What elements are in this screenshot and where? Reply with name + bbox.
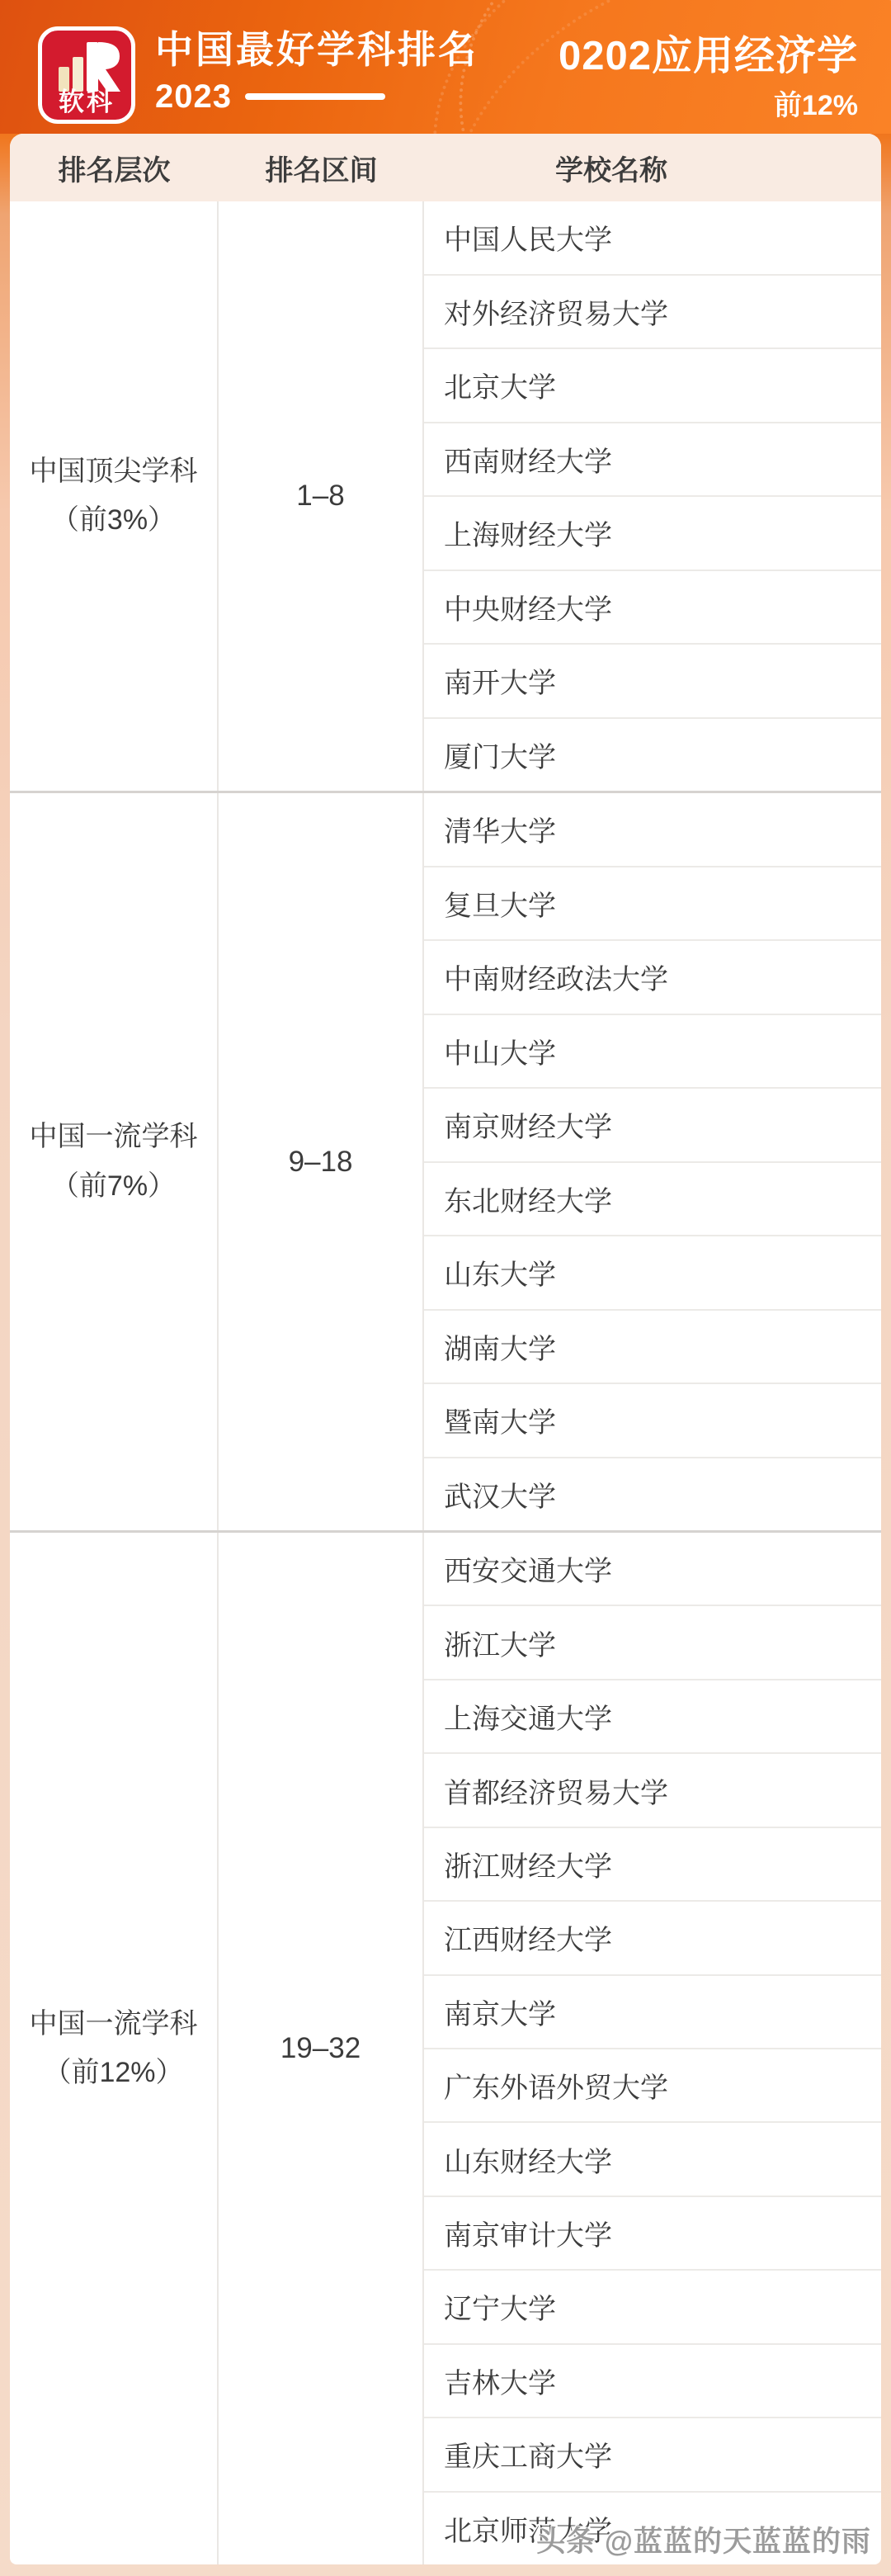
tier-section: 中国顶尖学科（前3%）1–8中国人民大学对外经济贸易大学北京大学西南财经大学上海…	[10, 201, 881, 791]
school-list: 中国人民大学对外经济贸易大学北京大学西南财经大学上海财经大学中央财经大学南开大学…	[424, 201, 881, 791]
ranking-table: 排名层次 排名区间 学校名称 中国顶尖学科（前3%）1–8中国人民大学对外经济贸…	[10, 134, 881, 2564]
school-name: 对外经济贸易大学	[444, 291, 668, 332]
school-list: 西安交通大学浙江大学上海交通大学首都经济贸易大学浙江财经大学江西财经大学南京大学…	[424, 1533, 881, 2564]
school-name: 浙江财经大学	[444, 1844, 612, 1884]
tier-level-label: 中国顶尖学科	[30, 447, 198, 497]
top-banner: 软科 中国最好学科排名 2023 0202应用经济学 前12%	[0, 0, 891, 134]
subject-percent-label: 前12%	[559, 83, 858, 123]
school-name: 吉林大学	[444, 2361, 556, 2401]
tier-section: 中国一流学科（前12%）19–32西安交通大学浙江大学上海交通大学首都经济贸易大…	[10, 1530, 881, 2564]
school-name: 江西财经大学	[444, 1917, 612, 1958]
school-name: 东北财经大学	[444, 1179, 612, 1219]
ranking-year: 2023	[155, 78, 232, 116]
school-row: 复旦大学	[424, 866, 881, 939]
tier-label-cell: 中国一流学科（前7%）	[10, 793, 219, 1530]
school-name: 北京大学	[444, 365, 556, 405]
school-row: 厦门大学	[424, 717, 881, 792]
subject-code-title: 0202应用经济学	[559, 35, 858, 79]
school-row: 西南财经大学	[424, 422, 881, 496]
school-row: 上海财经大学	[424, 495, 881, 570]
school-list: 清华大学复旦大学中南财经政法大学中山大学南京财经大学东北财经大学山东大学湖南大学…	[424, 793, 881, 1530]
school-row: 北京大学	[424, 347, 881, 422]
school-row: 对外经济贸易大学	[424, 274, 881, 348]
school-row: 湖南大学	[424, 1309, 881, 1383]
school-name: 辽宁大学	[444, 2286, 556, 2327]
year-underline-decoration	[245, 93, 385, 100]
school-row: 上海交通大学	[424, 1679, 881, 1752]
school-row: 广东外语外贸大学	[424, 2048, 881, 2121]
school-name: 复旦大学	[444, 883, 556, 924]
school-name: 重庆工商大学	[444, 2434, 612, 2474]
school-name: 湖南大学	[444, 1326, 556, 1367]
school-name: 厦门大学	[444, 735, 556, 775]
school-row: 东北财经大学	[424, 1161, 881, 1235]
rank-range-cell: 1–8	[219, 201, 424, 791]
school-name: 广东外语外贸大学	[444, 2065, 668, 2106]
school-name: 首都经济贸易大学	[444, 1770, 668, 1811]
school-row: 暨南大学	[424, 1383, 881, 1456]
table-header-row: 排名层次 排名区间 学校名称	[10, 134, 881, 201]
school-name: 山东大学	[444, 1252, 556, 1293]
school-row: 武汉大学	[424, 1457, 881, 1530]
school-name: 清华大学	[444, 809, 556, 849]
school-name: 中国人民大学	[444, 217, 612, 258]
school-row: 南京财经大学	[424, 1087, 881, 1160]
ranking-title-block: 中国最好学科排名 2023	[155, 28, 478, 116]
school-name: 南京大学	[444, 1992, 556, 2032]
school-row: 南开大学	[424, 643, 881, 717]
school-row: 山东大学	[424, 1235, 881, 1308]
school-row: 山东财经大学	[424, 2121, 881, 2195]
school-row: 中山大学	[424, 1014, 881, 1087]
school-row: 中南财经政法大学	[424, 939, 881, 1013]
column-header-school: 学校名称	[424, 148, 881, 188]
tier-percent-label: （前12%）	[43, 2049, 183, 2098]
table-body: 中国顶尖学科（前3%）1–8中国人民大学对外经济贸易大学北京大学西南财经大学上海…	[10, 201, 881, 2564]
school-row: 南京审计大学	[424, 2196, 881, 2269]
school-row: 中央财经大学	[424, 570, 881, 644]
ranking-title: 中国最好学科排名	[155, 28, 478, 72]
school-name: 上海财经大学	[444, 513, 612, 553]
logo-label: 软科	[59, 89, 115, 115]
subject-block: 0202应用经济学 前12%	[559, 35, 858, 123]
school-row: 西安交通大学	[424, 1533, 881, 1605]
school-name: 中山大学	[444, 1031, 556, 1071]
ruanke-logo: 软科	[38, 26, 135, 124]
rank-range-cell: 19–32	[219, 1533, 424, 2564]
school-name: 山东财经大学	[444, 2139, 612, 2180]
school-row: 南京大学	[424, 1974, 881, 2048]
toutiao-watermark: 头条 @蓝蓝的天蓝蓝的雨	[536, 2519, 871, 2560]
school-row: 吉林大学	[424, 2343, 881, 2417]
school-name: 中南财经政法大学	[444, 957, 668, 997]
tier-level-label: 中国一流学科	[30, 1113, 198, 1162]
rank-range-cell: 9–18	[219, 793, 424, 1530]
school-row: 清华大学	[424, 793, 881, 865]
school-row: 重庆工商大学	[424, 2417, 881, 2490]
tier-level-label: 中国一流学科	[30, 2000, 198, 2049]
tier-label-cell: 中国顶尖学科（前3%）	[10, 201, 219, 791]
school-name: 浙江大学	[444, 1623, 556, 1663]
school-name: 暨南大学	[444, 1400, 556, 1440]
school-name: 中央财经大学	[444, 587, 612, 627]
tier-label-cell: 中国一流学科（前12%）	[10, 1533, 219, 2564]
school-row: 江西财经大学	[424, 1900, 881, 1973]
school-row: 首都经济贸易大学	[424, 1752, 881, 1826]
column-header-range: 排名区间	[219, 148, 424, 188]
school-row: 辽宁大学	[424, 2269, 881, 2342]
school-name: 南京财经大学	[444, 1104, 612, 1145]
school-name: 上海交通大学	[444, 1696, 612, 1737]
school-name: 西南财经大学	[444, 439, 612, 480]
school-name: 西安交通大学	[444, 1548, 612, 1589]
school-row: 中国人民大学	[424, 201, 881, 274]
school-row: 浙江大学	[424, 1605, 881, 1678]
tier-percent-label: （前3%）	[51, 496, 176, 546]
tier-percent-label: （前7%）	[51, 1162, 176, 1212]
tier-section: 中国一流学科（前7%）9–18清华大学复旦大学中南财经政法大学中山大学南京财经大…	[10, 791, 881, 1530]
column-header-tier: 排名层次	[10, 148, 219, 188]
school-name: 南京审计大学	[444, 2213, 612, 2253]
school-row: 浙江财经大学	[424, 1827, 881, 1900]
school-name: 武汉大学	[444, 1474, 556, 1515]
school-name: 南开大学	[444, 660, 556, 701]
